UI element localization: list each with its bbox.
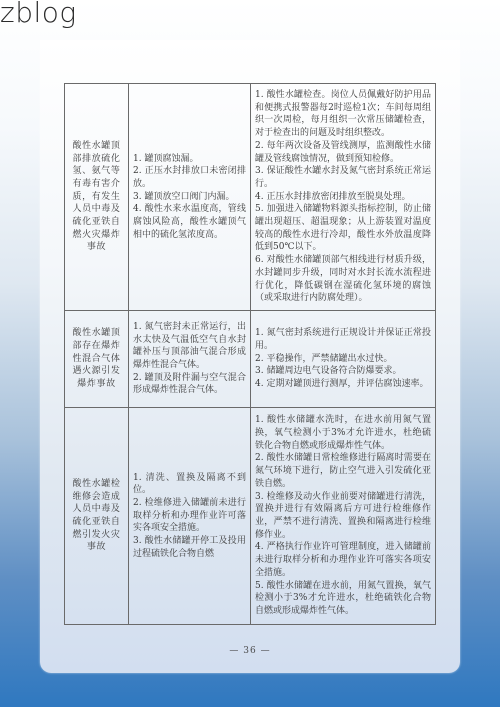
measure-cell: 1. 氮气密封系统进行正规设计并保证正常投用。 2. 平稳操作，严禁储罐出水过快… <box>251 311 436 408</box>
measure-item: 3. 储罐周边电气设备符合防爆要求。 <box>255 365 431 378</box>
cause-item: 4. 酸性水来水温度高，管线腐蚀风险高，酸性水罐顶气相中的硫化氢浓度高。 <box>133 203 246 241</box>
hazard-cell: 酸性水罐检维修会造成人员中毒及硫化亚铁自燃引发火灾事故 <box>65 408 129 625</box>
measure-item: 2. 平稳操作，严禁储罐出水过快。 <box>255 353 431 366</box>
measure-item: 5. 酸性水储罐在进水前，用氮气置换，氧气检测小于3%才允许进水，杜绝硫铁化合物… <box>255 580 431 618</box>
measure-item: 4. 正压水封排放密闭排放至脱臭处理。 <box>255 191 431 204</box>
cause-item: 3. 罐顶放空口阀门内漏。 <box>133 191 246 204</box>
table-row: 酸性水罐检维修会造成人员中毒及硫化亚铁自燃引发火灾事故 1. 清洗、置换及隔离不… <box>65 408 436 625</box>
measure-item: 1. 酸性水储罐水洗时，在进水前用氮气置换，氧气检测小于3%才允许进水，杜绝硫铁… <box>255 414 431 452</box>
measure-item: 4. 严格执行作业许可管理制度，进入储罐前未进行取样分析和办理作业许可落实各项安… <box>255 541 431 579</box>
cause-item: 3. 酸性水储罐开停工及投用过程硫铁化合物自燃 <box>133 535 246 560</box>
cause-cell: 1. 氮气密封未正常运行，出水太快及气温低空气自水封罐补压与顶部油气混合形成爆炸… <box>129 311 251 408</box>
watermark-logo: zblog <box>0 0 77 29</box>
table-row: 酸性水罐顶部存在爆炸性混合气体遇火源引发爆炸事故 1. 氮气密封未正常运行，出水… <box>65 311 436 408</box>
measure-item: 3. 保证酸性水罐水封及氮气密封系统正常运行。 <box>255 165 431 190</box>
hazard-cell: 酸性水罐顶部排放硫化氢、氨气等有毒有害介质，有发生人员中毒及硫化亚铁自燃火灾爆炸… <box>65 84 129 311</box>
measure-item: 5. 加强进入储罐物料源头指标控制，防止储罐出现超压、超温现象；从上游装置对温度… <box>255 203 431 254</box>
cause-cell: 1. 罐顶腐蚀漏。 2. 正压水封排放口未密闭排放。 3. 罐顶放空口阀门内漏。… <box>129 84 251 311</box>
measure-cell: 1. 酸性水罐检查。岗位人员佩戴好防护用品和便携式报警器每2时巡检1次；车间每周… <box>251 84 436 311</box>
measure-item: 1. 酸性水罐检查。岗位人员佩戴好防护用品和便携式报警器每2时巡检1次；车间每周… <box>255 89 431 140</box>
measure-item: 2. 酸性水储罐日常检维修进行隔离时需要在氮气环境下进行，防止空气进入引发硫化亚… <box>255 452 431 490</box>
measure-item: 3. 检维修及动火作业前要对储罐进行清洗，置换并进行有效隔离后方可进行检维修作业… <box>255 491 431 542</box>
cause-cell: 1. 清洗、置换及隔离不到位。 2. 检维修进入储罐前未进行取样分析和办理作业许… <box>129 408 251 625</box>
cause-item: 2. 检维修进入储罐前未进行取样分析和办理作业许可落实各项安全措施。 <box>133 497 246 535</box>
cause-item: 1. 罐顶腐蚀漏。 <box>133 153 246 166</box>
page-number: — 36 — <box>0 646 500 656</box>
table-row: 酸性水罐顶部排放硫化氢、氨气等有毒有害介质，有发生人员中毒及硫化亚铁自燃火灾爆炸… <box>65 84 436 311</box>
measure-item: 1. 氮气密封系统进行正规设计并保证正常投用。 <box>255 327 431 352</box>
measure-item: 4. 定期对罐顶进行测厚，并评估腐蚀速率。 <box>255 378 431 391</box>
risk-table: 酸性水罐顶部排放硫化氢、氨气等有毒有害介质，有发生人员中毒及硫化亚铁自燃火灾爆炸… <box>64 83 436 625</box>
measure-item: 2. 每年两次设备及管线测厚，监测酸性水储罐及管线腐蚀情况，做到预知检修。 <box>255 140 431 165</box>
cause-item: 1. 清洗、置换及隔离不到位。 <box>133 472 246 497</box>
measure-item: 6. 对酸性水储罐顶部气相线进行材质升级，水封罐同步升级，同时对水封长流水流程进… <box>255 254 431 305</box>
hazard-cell: 酸性水罐顶部存在爆炸性混合气体遇火源引发爆炸事故 <box>65 311 129 408</box>
measure-cell: 1. 酸性水储罐水洗时，在进水前用氮气置换，氧气检测小于3%才允许进水，杜绝硫铁… <box>251 408 436 625</box>
cause-item: 2. 正压水封排放口未密闭排放。 <box>133 165 246 190</box>
cause-item: 1. 氮气密封未正常运行，出水太快及气温低空气自水封罐补压与顶部油气混合形成爆炸… <box>133 321 246 372</box>
cause-item: 2. 罐顶及附件漏与空气混合形成爆炸性混合气体。 <box>133 372 246 397</box>
